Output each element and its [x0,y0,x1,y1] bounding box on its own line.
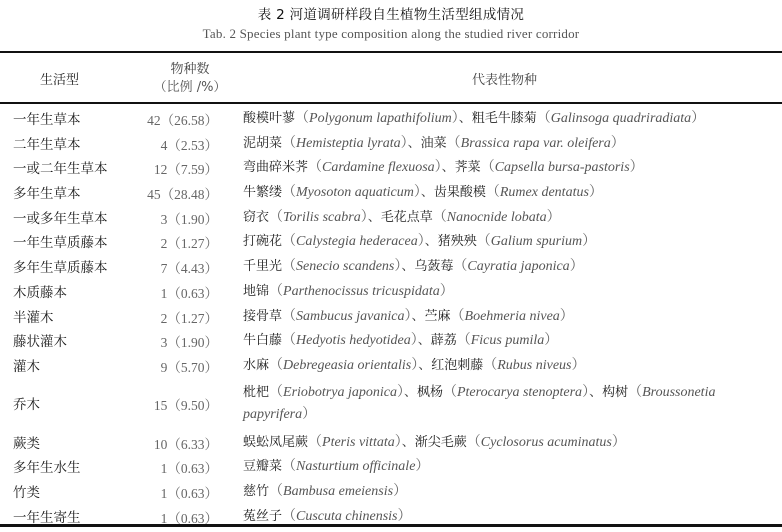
species-cn-name: 枫杨 [417,385,443,400]
species-count-cell: 3（1.90） [161,208,218,228]
species-latin-name: Nasturtium officinale [296,459,415,474]
bottom-rule [0,524,782,527]
top-rule [0,51,782,53]
separator: 、 [412,309,425,324]
separator: 、 [421,185,434,200]
paren-open: （ [269,210,283,225]
paren-close: ） [397,385,404,400]
species-latin-name: Hemisteptia lyrata [296,136,401,151]
paren-close: ） [393,484,407,499]
header-representative-species: 代表性物种 [472,69,537,88]
species-cn-name: 薜荔 [431,333,457,348]
species-cn-name: 慈竹 [243,484,269,499]
species-latin-name: Sambucus javanica [296,309,404,324]
table-caption-en: Tab. 2 Species plant type composition al… [0,26,782,42]
paren-open: （ [295,111,309,126]
table-row: 木质藤本1（0.63）地锦（Parthenocissus tricuspidat… [0,280,782,305]
paren-open: （ [477,234,491,249]
separator: 、 [425,234,438,249]
table-row: 一或多年生草本3（1.90）窃衣（Torilis scabra）、毛花点草（Na… [0,206,782,231]
representative-species-cell: 牛繁缕（Myosoton aquaticum）、齿果酸模（Rumex denta… [243,182,779,204]
species-cn-name: 苎麻 [425,309,451,324]
species-cn-name: 构树 [602,385,628,400]
paren-close: ） [398,509,412,524]
species-latin-name: Hedyotis hedyotidea [296,333,411,348]
species-cn-name: 酸模叶蓼 [243,111,295,126]
paren-close: ） [611,136,625,151]
paren-close: ） [302,407,316,422]
life-form-cell: 二年生草本 [13,133,81,153]
paren-close: ） [560,309,574,324]
species-cn-name: 油菜 [421,136,447,151]
table-row: 一或二年生草本12（7.59）弯曲碎米荠（Cardamine flexuosa）… [0,156,782,181]
paren-open: （ [269,284,283,299]
paren-open: （ [433,210,447,225]
species-cn-name: 乌蔹莓 [414,259,453,274]
species-cn-name: 千里光 [243,259,282,274]
paren-close: ） [612,435,626,450]
species-cn-name: 渐尖毛蕨 [415,435,467,450]
life-form-cell: 多年生草本 [13,182,81,202]
representative-species-cell: 蜈蚣凤尾蕨（Pteris vittata）、渐尖毛蕨（Cyclosorus ac… [243,432,779,454]
species-latin-name: Galinsoga quadriradiata [551,111,691,126]
representative-species-cell: 弯曲碎米荠（Cardamine flexuosa）、荠菜（Capsella bu… [243,157,779,179]
species-count-cell: 9（5.70） [161,356,218,376]
table-row: 竹类1（0.63）慈竹（Bambusa emeiensis） [0,480,782,505]
representative-species-cell: 窃衣（Torilis scabra）、毛花点草（Nanocnide lobata… [243,207,779,229]
paren-open: （ [308,435,322,450]
life-form-cell: 半灌木 [13,306,54,326]
species-count-cell: 12（7.59） [154,158,218,178]
species-cn-name: 菟丝子 [243,509,282,524]
header-species-count: 物种数 （比例 /%） [150,61,230,97]
representative-species-cell: 枇杷（Eriobotrya japonica）、枫杨（Pterocarya st… [243,382,779,426]
species-count-cell: 2（1.27） [161,232,218,252]
header-rule [0,102,782,104]
table-row: 半灌木2（1.27）接骨草（Sambucus javanica）、苎麻（Boeh… [0,305,782,330]
paren-open: （ [483,358,497,373]
species-latin-name: Polygonum lapathifolium [309,111,452,126]
species-latin-name: Galium spurium [491,234,582,249]
species-cn-name: 牛繁缕 [243,185,282,200]
paren-close: ） [411,333,418,348]
species-latin-name: Rumex dentatus [500,185,589,200]
species-count-cell: 2（1.27） [161,307,218,327]
separator: 、 [402,435,415,450]
paren-close: ） [435,160,442,175]
representative-species-cell: 水麻（Debregeasia orientalis）、红泡刺藤（Rubus ni… [243,355,779,377]
species-cn-name: 蜈蚣凤尾蕨 [243,435,308,450]
species-latin-name: Pteris vittata [322,435,395,450]
species-latin-name: Brassica rapa var. oleifera [461,136,611,151]
paren-close: ） [570,259,584,274]
paren-open: （ [447,136,461,151]
species-count-cell: 42（26.58） [147,109,218,129]
species-latin-name: Calystegia hederacea [296,234,418,249]
species-count-cell: 7（4.43） [161,257,218,277]
species-cn-name: 水麻 [243,358,269,373]
life-form-cell: 一或二年生草本 [13,157,108,177]
representative-species-cell: 慈竹（Bambusa emeiensis） [243,481,779,503]
species-latin-name: Capsella bursa-pastoris [495,160,630,175]
paren-open: （ [282,136,296,151]
table-row: 一年生草质藤本2（1.27）打碗花（Calystegia hederacea）、… [0,230,782,255]
paren-close: ） [582,385,589,400]
paren-close: ） [414,185,421,200]
species-cn-name: 地锦 [243,284,269,299]
paren-close: ） [415,459,429,474]
representative-species-cell: 千里光（Senecio scandens）、乌蔹莓（Cayratia japon… [243,256,779,278]
paren-open: （ [457,333,471,348]
species-latin-name: Cyclosorus acuminatus [481,435,612,450]
life-form-cell: 竹类 [13,481,40,501]
paren-close: ） [452,111,459,126]
representative-species-cell: 酸模叶蓼（Polygonum lapathifolium）、粗毛牛膝菊（Gali… [243,108,779,130]
life-form-cell: 一年生草本 [13,108,81,128]
table-row: 乔木15（9.50）枇杷（Eriobotrya japonica）、枫杨（Pte… [0,381,782,431]
paren-close: ） [582,234,596,249]
species-cn-name: 枇杷 [243,385,269,400]
table-row: 灌木9（5.70）水麻（Debregeasia orientalis）、红泡刺藤… [0,354,782,379]
species-count-cell: 15（9.50） [154,394,218,414]
paren-open: （ [269,385,283,400]
paren-open: （ [481,160,495,175]
paren-close: ） [401,136,408,151]
species-latin-name: Cayratia japonica [467,259,569,274]
life-form-cell: 木质藤本 [13,281,67,301]
life-form-cell: 多年生草质藤本 [13,256,108,276]
table-caption-cn: 表 2 河道调研样段自生植物生活型组成情况 [0,3,782,23]
life-form-cell: 灌木 [13,355,40,375]
life-form-cell: 一年生草质藤本 [13,231,108,251]
separator: 、 [408,136,421,151]
species-count-cell: 1（0.63） [161,282,218,302]
species-latin-name: Debregeasia orientalis [283,358,411,373]
species-count-cell: 4（2.53） [161,134,218,154]
paren-open: （ [282,234,296,249]
species-cn-name: 牛白藤 [243,333,282,348]
table-row: 藤状灌木3（1.90）牛白藤（Hedyotis hedyotidea）、薜荔（F… [0,329,782,354]
separator: 、 [404,385,417,400]
representative-species-cell: 地锦（Parthenocissus tricuspidata） [243,281,779,303]
representative-species-cell: 接骨草（Sambucus javanica）、苎麻（Boehmeria nive… [243,306,779,328]
paren-open: （ [486,185,500,200]
species-count-cell: 3（1.90） [161,331,218,351]
species-cn-name: 毛花点草 [381,210,433,225]
paren-open: （ [628,385,642,400]
paren-open: （ [453,259,467,274]
species-cn-name: 豆瓣菜 [243,459,282,474]
paren-close: ） [691,111,705,126]
paren-open: （ [282,185,296,200]
paren-open: （ [467,435,481,450]
separator: 、 [442,160,455,175]
species-cn-name: 接骨草 [243,309,282,324]
species-cn-name: 打碗花 [243,234,282,249]
species-cn-name: 窃衣 [243,210,269,225]
species-latin-name: Ficus pumila [471,333,545,348]
species-cn-name: 齿果酸模 [434,185,486,200]
species-latin-name: Pterocarya stenoptera [457,385,582,400]
separator: 、 [418,358,431,373]
paren-open: （ [537,111,551,126]
paren-open: （ [443,385,457,400]
paren-open: （ [308,160,322,175]
header-count-line2: （比例 /%） [150,79,230,97]
species-cn-name: 弯曲碎米荠 [243,160,308,175]
separator: 、 [459,111,472,126]
species-latin-name: Myosoton aquaticum [296,185,414,200]
separator: 、 [368,210,381,225]
table-row: 多年生草质藤本7（4.43）千里光（Senecio scandens）、乌蔹莓（… [0,255,782,280]
header-count-line1: 物种数 [150,61,230,79]
table-row: 多年生草本45（28.48）牛繁缕（Myosoton aquaticum）、齿果… [0,181,782,206]
species-cn-name: 荠菜 [455,160,481,175]
paren-close: ） [572,358,586,373]
paren-close: ） [395,435,402,450]
paren-close: ） [418,234,425,249]
paren-open: （ [282,333,296,348]
species-count-cell: 1（0.63） [161,457,218,477]
paren-close: ） [405,309,412,324]
representative-species-cell: 泥胡菜（Hemisteptia lyrata）、油菜（Brassica rapa… [243,133,779,155]
table-row: 多年生水生1（0.63）豆瓣菜（Nasturtium officinale） [0,455,782,480]
separator: 、 [418,333,431,348]
life-form-cell: 多年生水生 [13,456,81,476]
paren-open: （ [282,259,296,274]
life-form-cell: 一或多年生草本 [13,207,108,227]
species-latin-name: Eriobotrya japonica [283,385,397,400]
species-latin-name: Rubus niveus [497,358,571,373]
paren-close: ） [544,333,558,348]
paren-open: （ [282,509,296,524]
species-latin-name: Boehmeria nivea [465,309,560,324]
paren-open: （ [269,484,283,499]
life-form-cell: 藤状灌木 [13,330,67,350]
separator: 、 [401,259,414,274]
species-cn-name: 泥胡菜 [243,136,282,151]
species-count-cell: 10（6.33） [154,433,218,453]
paren-close: ） [547,210,561,225]
species-count-cell: 1（0.63） [161,482,218,502]
species-latin-name: Cuscuta chinensis [296,509,398,524]
paren-open: （ [269,358,283,373]
paren-close: ） [440,284,454,299]
representative-species-cell: 牛白藤（Hedyotis hedyotidea）、薜荔（Ficus pumila… [243,330,779,352]
representative-species-cell: 打碗花（Calystegia hederacea）、猪殃殃（Galium spu… [243,231,779,253]
header-life-form: 生活型 [40,69,79,88]
species-latin-name: Bambusa emeiensis [283,484,393,499]
paren-close: ） [361,210,368,225]
separator: 、 [589,385,602,400]
table-row: 二年生草本4（2.53）泥胡菜（Hemisteptia lyrata）、油菜（B… [0,132,782,157]
species-cn-name: 粗毛牛膝菊 [472,111,537,126]
paren-close: ） [630,160,644,175]
species-latin-name: Torilis scabra [283,210,361,225]
table-body: 一年生草本42（26.58）酸模叶蓼（Polygonum lapathifoli… [0,107,782,529]
life-form-cell: 一年生寄生 [13,506,81,526]
paren-close: ） [589,185,603,200]
table-row: 蕨类10（6.33）蜈蚣凤尾蕨（Pteris vittata）、渐尖毛蕨（Cyc… [0,431,782,456]
table-row: 一年生草本42（26.58）酸模叶蓼（Polygonum lapathifoli… [0,107,782,132]
species-latin-name: Nanocnide lobata [447,210,547,225]
paren-open: （ [282,309,296,324]
paren-open: （ [282,459,296,474]
paren-open: （ [451,309,465,324]
species-count-cell: 45（28.48） [147,183,218,203]
species-cn-name: 猪殃殃 [438,234,477,249]
life-form-cell: 乔木 [13,393,40,413]
species-cn-name: 红泡刺藤 [431,358,483,373]
life-form-cell: 蕨类 [13,432,40,452]
species-latin-name: Cardamine flexuosa [322,160,435,175]
species-latin-name: Senecio scandens [296,259,394,274]
representative-species-cell: 豆瓣菜（Nasturtium officinale） [243,456,779,478]
species-latin-name: Parthenocissus tricuspidata [283,284,440,299]
